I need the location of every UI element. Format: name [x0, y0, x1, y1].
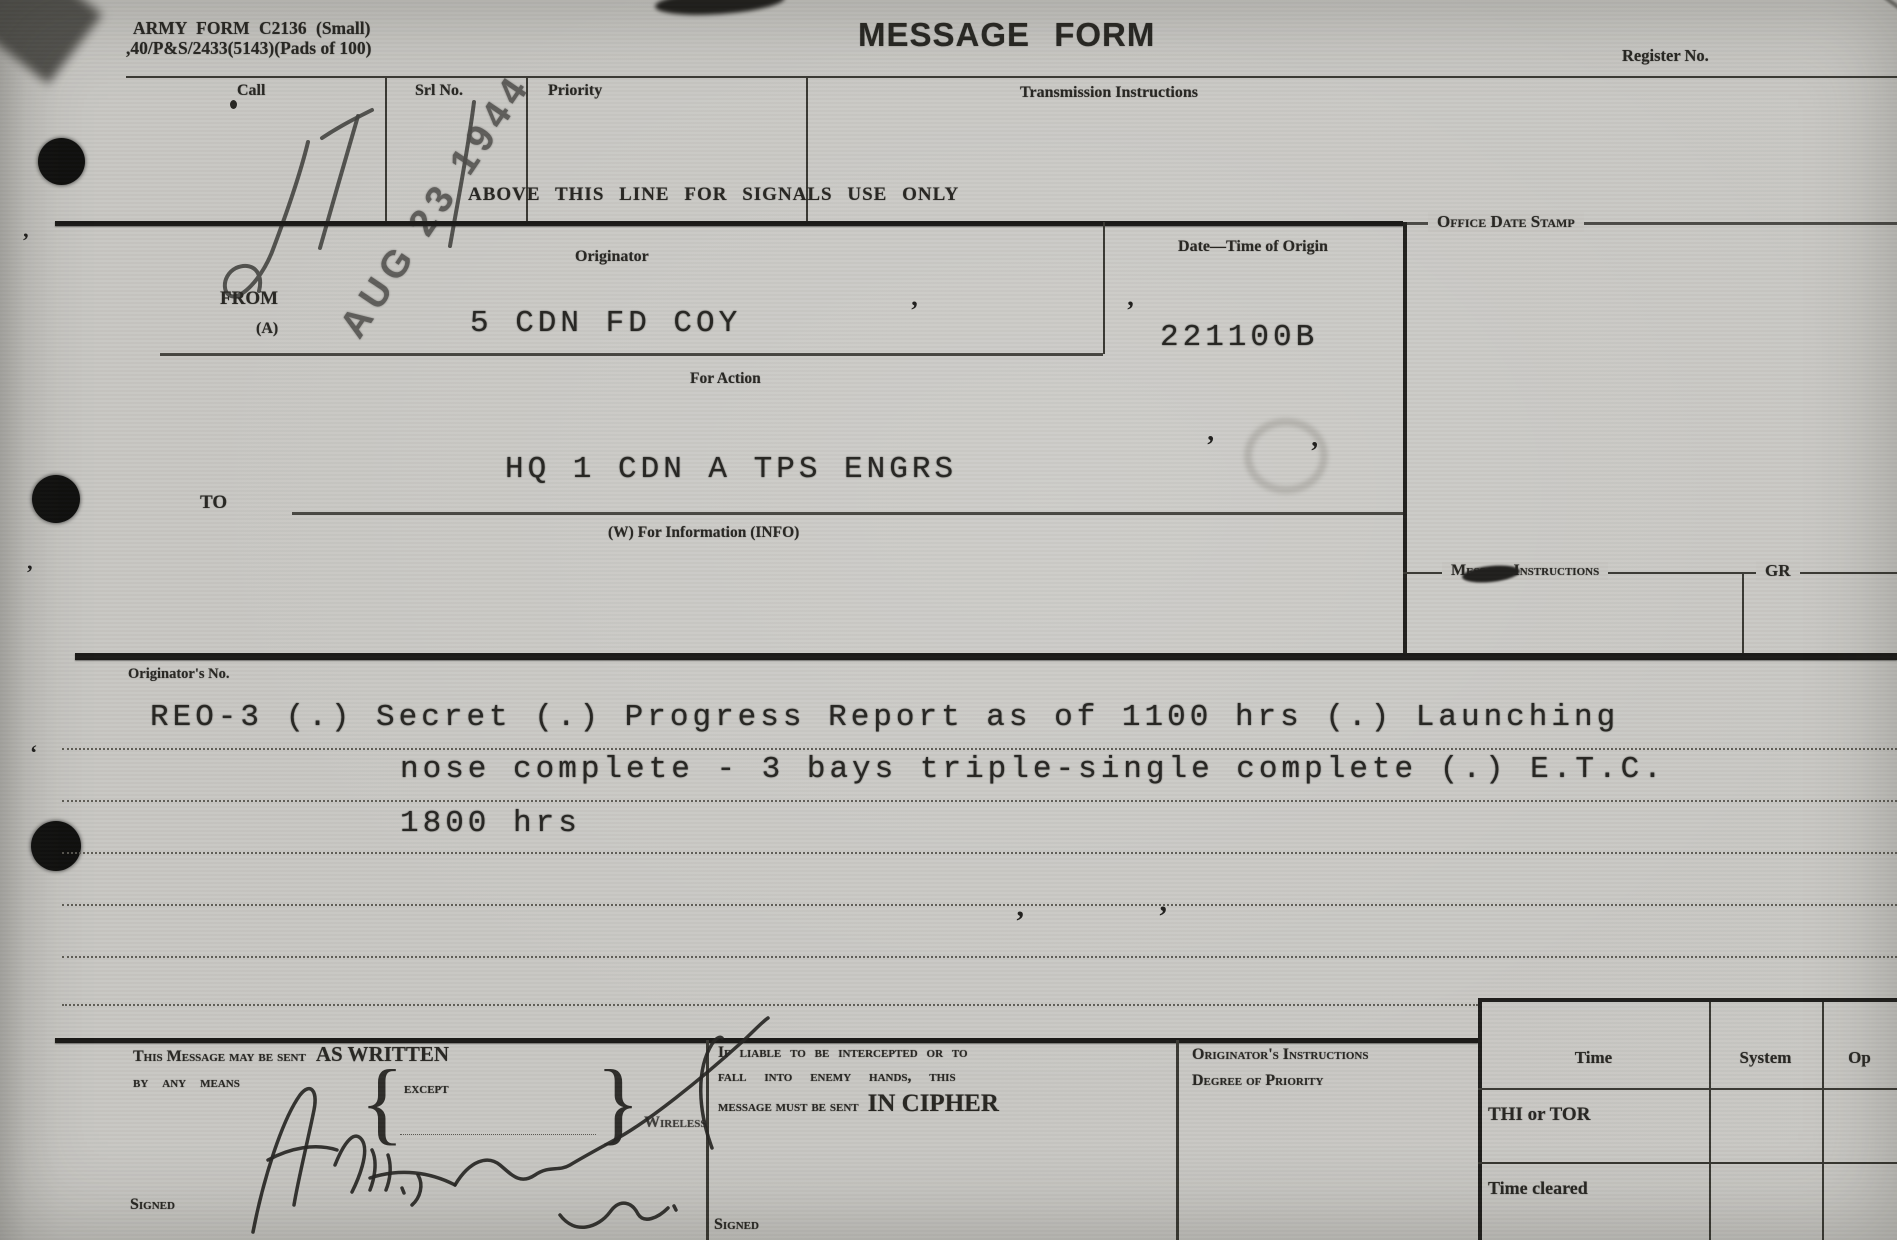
stamp-box-left-line	[1403, 222, 1407, 658]
ruled-line	[62, 956, 1897, 958]
signature-scrawl	[0, 1010, 800, 1240]
message-form-scan: ARMY FORM C2136 (Small) ,40/P&S/2433(514…	[0, 0, 1897, 1240]
system-column-header: System	[1709, 1048, 1822, 1068]
gr-divider	[1742, 572, 1744, 656]
ink-tick: ’	[1126, 296, 1135, 326]
ink-tick: ’	[26, 560, 33, 586]
ink-tick: ’	[1015, 905, 1025, 939]
table-row-divider	[1478, 1162, 1897, 1164]
in-cipher-text: IN CIPHER	[868, 1090, 999, 1117]
ink-speck	[230, 100, 237, 109]
ruled-line	[62, 852, 1897, 854]
gr-label: GR	[1756, 561, 1800, 581]
originators-instructions-label: Originator's Instructions	[1192, 1046, 1368, 1064]
signals-divider-line	[55, 221, 1403, 226]
from-sub-label: (A)	[256, 320, 278, 338]
degree-of-priority-label: Degree of Priority	[1192, 1072, 1323, 1090]
from-row-underline	[160, 353, 1103, 356]
top-edge-ink-artifact	[654, 0, 785, 19]
thi-or-tor-row-label: THI or TOR	[1488, 1104, 1590, 1126]
ink-tick: ’	[910, 296, 919, 326]
ruled-line	[62, 748, 1897, 750]
to-value: HQ 1 CDN A TPS ENGRS	[505, 452, 957, 487]
from-label: FROM	[220, 288, 278, 310]
date-time-of-origin-value: 221100B	[1160, 320, 1318, 355]
transmission-instructions-label: Transmission Instructions	[1020, 84, 1198, 102]
page-title: MESSAGE FORM	[858, 16, 1155, 54]
footer-box-divider	[1176, 1040, 1179, 1240]
message-line-3: 1800 hrs	[400, 806, 581, 841]
ink-tick: ‘	[30, 740, 37, 766]
punch-hole	[32, 475, 80, 523]
ruled-line	[62, 800, 1897, 802]
office-date-stamp-label: Office Date Stamp	[1428, 212, 1584, 232]
date-time-of-origin-label: Date—Time of Origin	[1103, 238, 1403, 256]
originator-value: 5 CDN FD COY	[470, 306, 741, 341]
message-line-1: REO-3 (.) Secret (.) Progress Report as …	[150, 700, 1619, 735]
ink-tick: ’	[1158, 900, 1168, 934]
message-line-2: nose complete - 3 bays triple-single com…	[400, 752, 1666, 787]
table-column-divider	[1822, 1002, 1824, 1240]
ink-tick: ’	[1206, 430, 1215, 461]
signals-use-only-notice: ABOVE THIS LINE FOR SIGNALS USE ONLY	[468, 184, 959, 206]
table-column-divider	[1709, 1002, 1711, 1240]
message-area-top-rule	[75, 653, 1897, 660]
top-right-scratch-artifact	[1837, 0, 1897, 30]
ink-tick: ’	[1310, 436, 1319, 467]
punch-hole	[31, 821, 81, 871]
time-column-header: Time	[1478, 1048, 1709, 1068]
op-column-header: Op	[1822, 1048, 1897, 1068]
table-header-underline	[1478, 1088, 1897, 1090]
ruled-line	[62, 904, 1897, 906]
register-no-label: Register No.	[1622, 46, 1709, 66]
to-label: TO	[200, 492, 227, 514]
to-row-underline	[292, 512, 1403, 515]
originator-label: Originator	[575, 248, 649, 266]
time-cleared-row-label: Time cleared	[1488, 1178, 1588, 1199]
originators-no-label: Originator's No.	[128, 666, 230, 683]
ruled-line	[62, 1004, 1478, 1006]
for-action-label: For Action	[690, 370, 761, 388]
for-information-label: (W) For Information (INFO)	[608, 524, 799, 542]
ink-tick: ’	[22, 228, 29, 254]
